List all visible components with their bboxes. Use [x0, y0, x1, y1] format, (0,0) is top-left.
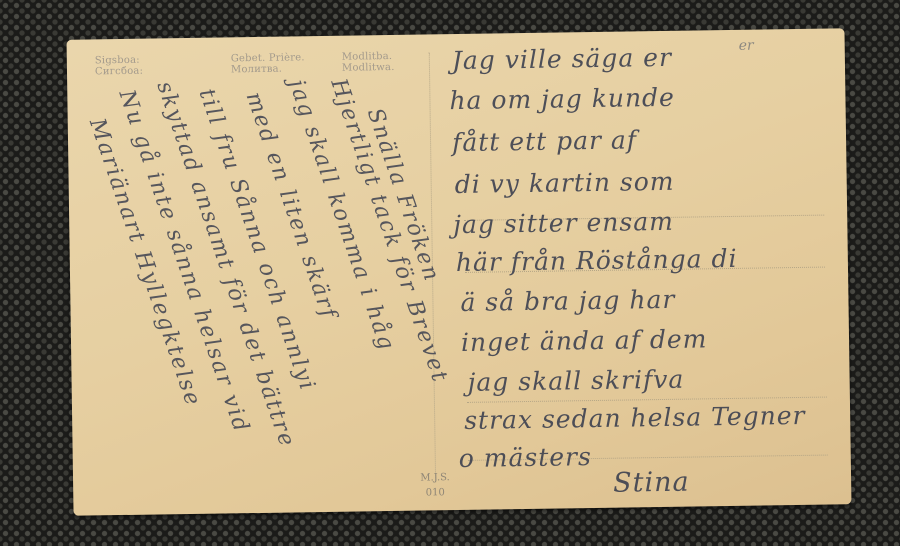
handwritten-line: fått ett par af	[452, 125, 637, 157]
printed-text: Молитва.	[231, 63, 305, 75]
handwritten-line: inget ända af dem	[461, 324, 708, 357]
handwritten-line: här från Röstånga di	[456, 244, 738, 277]
printed-text: Modlitwa.	[342, 62, 395, 74]
printed-text: Сигсбоа:	[95, 66, 143, 78]
publisher-initials: M.J.S.	[411, 472, 459, 484]
printed-label-right: Modlitba. Modlitwa.	[342, 51, 395, 74]
handwritten-correction: er	[739, 38, 754, 54]
signature: Stina	[613, 467, 690, 499]
handwritten-line: Jag ville säga er	[452, 43, 672, 75]
printed-label-center: Gebet. Prière. Молитва.	[231, 52, 305, 75]
handwritten-line: o mästers	[459, 442, 592, 473]
handwritten-line: di vy kartin som	[454, 167, 674, 199]
handwritten-line: jag sitter ensam	[453, 207, 674, 239]
publisher-mark: M.J.S. 010	[411, 472, 459, 499]
publisher-number: 010	[411, 487, 459, 499]
printed-text: Sigsboa:	[95, 55, 143, 67]
handwritten-line: ä så bra jag har	[460, 285, 675, 317]
postcard: Sigsboa: Сигсбоа: Gebet. Prière. Молитва…	[67, 28, 852, 515]
handwritten-line: jag skall skrifva	[467, 365, 684, 397]
handwritten-line: strax sedan helsa Tegner	[464, 401, 806, 435]
printed-text: Modlitba.	[342, 51, 395, 63]
printed-text: Gebet. Prière.	[231, 52, 305, 64]
handwritten-line: ha om jag kunde	[449, 83, 675, 115]
printed-label-left: Sigsboa: Сигсбоа:	[95, 55, 143, 78]
